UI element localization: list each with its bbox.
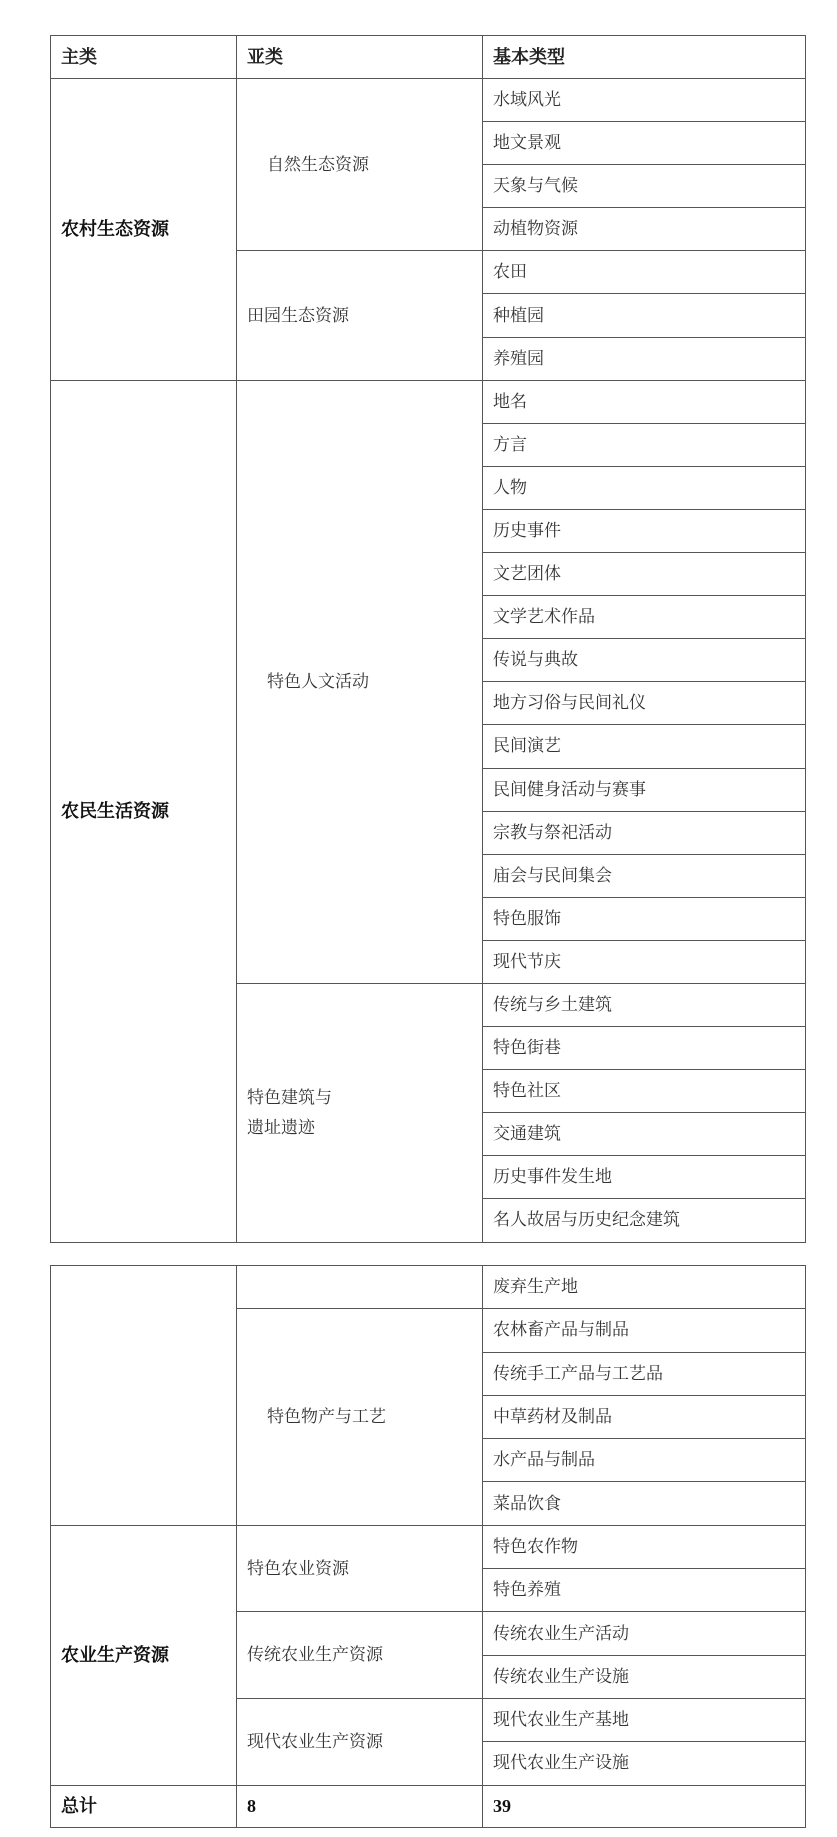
- table-row: 农村生态资源 自然生态资源 水域风光: [51, 79, 806, 122]
- basic-type: 特色社区: [483, 1070, 806, 1113]
- table-row: 农业生产资源 特色农业资源 特色农作物: [51, 1525, 806, 1568]
- basic-type: 种植园: [483, 294, 806, 337]
- sub-category-label-line2: 遗址遗迹: [247, 1118, 482, 1138]
- basic-type: 特色养殖: [483, 1569, 806, 1612]
- sub-category-field-ecology: 田园生态资源: [237, 251, 483, 380]
- basic-type: 民间健身活动与赛事: [483, 768, 806, 811]
- basic-type: 水域风光: [483, 79, 806, 122]
- total-row: 总计 8 39: [51, 1785, 806, 1827]
- total-sub-count: 8: [237, 1785, 483, 1827]
- main-category-farmer-life: 农民生活资源: [51, 380, 237, 1242]
- main-category-continued-empty: [51, 1266, 237, 1526]
- basic-type: 传统农业生产活动: [483, 1612, 806, 1655]
- basic-type: 传说与典故: [483, 639, 806, 682]
- sub-category-buildings-and-sites: 特色建筑与 遗址遗迹: [237, 983, 483, 1242]
- basic-type: 农田: [483, 251, 806, 294]
- total-label: 总计: [51, 1785, 237, 1827]
- basic-type: 特色农作物: [483, 1525, 806, 1568]
- sub-category-continued-empty: [237, 1266, 483, 1309]
- basic-type: 中草药材及制品: [483, 1395, 806, 1438]
- basic-type: 名人故居与历史纪念建筑: [483, 1199, 806, 1242]
- basic-type: 地方习俗与民间礼仪: [483, 682, 806, 725]
- sub-category-modern-agri: 现代农业生产资源: [237, 1698, 483, 1785]
- basic-type: 天象与气候: [483, 165, 806, 208]
- basic-type: 文学艺术作品: [483, 596, 806, 639]
- basic-type: 现代农业生产设施: [483, 1742, 806, 1785]
- basic-type: 文艺团体: [483, 553, 806, 596]
- classification-table-part-2: 废弃生产地 特色物产与工艺 农林畜产品与制品 传统手工产品与工艺品 中草药材及制…: [50, 1265, 806, 1828]
- header-main-category: 主类: [51, 36, 237, 79]
- classification-table-part-1: 主类 亚类 基本类型 农村生态资源 自然生态资源 水域风光 地文景观 天象与气候…: [50, 35, 806, 1243]
- basic-type: 养殖园: [483, 337, 806, 380]
- basic-type: 特色街巷: [483, 1027, 806, 1070]
- basic-type: 农林畜产品与制品: [483, 1309, 806, 1352]
- basic-type: 传统与乡土建筑: [483, 983, 806, 1026]
- sub-category-special-agri: 特色农业资源: [237, 1525, 483, 1612]
- main-category-agri-production: 农业生产资源: [51, 1525, 237, 1785]
- sub-category-traditional-agri: 传统农业生产资源: [237, 1612, 483, 1699]
- basic-type: 水产品与制品: [483, 1439, 806, 1482]
- sub-category-label-line1: 特色建筑与: [247, 1088, 332, 1108]
- header-row: 主类 亚类 基本类型: [51, 36, 806, 79]
- basic-type: 菜品饮食: [483, 1482, 806, 1525]
- basic-type: 传统手工产品与工艺品: [483, 1352, 806, 1395]
- total-type-count: 39: [483, 1785, 806, 1827]
- basic-type: 现代农业生产基地: [483, 1698, 806, 1741]
- sub-category-cultural-activities: 特色人文活动: [237, 380, 483, 983]
- basic-type: 地名: [483, 380, 806, 423]
- basic-type: 民间演艺: [483, 725, 806, 768]
- basic-type: 庙会与民间集会: [483, 854, 806, 897]
- table-row: 废弃生产地: [51, 1266, 806, 1309]
- header-basic-type: 基本类型: [483, 36, 806, 79]
- basic-type: 历史事件发生地: [483, 1156, 806, 1199]
- basic-type: 人物: [483, 466, 806, 509]
- sub-category-natural-ecology: 自然生态资源: [237, 79, 483, 251]
- header-sub-category: 亚类: [237, 36, 483, 79]
- basic-type: 交通建筑: [483, 1113, 806, 1156]
- basic-type: 历史事件: [483, 509, 806, 552]
- basic-type: 废弃生产地: [483, 1266, 806, 1309]
- basic-type: 特色服饰: [483, 897, 806, 940]
- basic-type: 地文景观: [483, 122, 806, 165]
- basic-type: 方言: [483, 423, 806, 466]
- main-category-rural-ecology: 农村生态资源: [51, 79, 237, 381]
- basic-type: 传统农业生产设施: [483, 1655, 806, 1698]
- basic-type: 现代节庆: [483, 940, 806, 983]
- sub-category-local-products-crafts: 特色物产与工艺: [237, 1309, 483, 1525]
- basic-type: 动植物资源: [483, 208, 806, 251]
- basic-type: 宗教与祭祀活动: [483, 811, 806, 854]
- table-row: 农民生活资源 特色人文活动 地名: [51, 380, 806, 423]
